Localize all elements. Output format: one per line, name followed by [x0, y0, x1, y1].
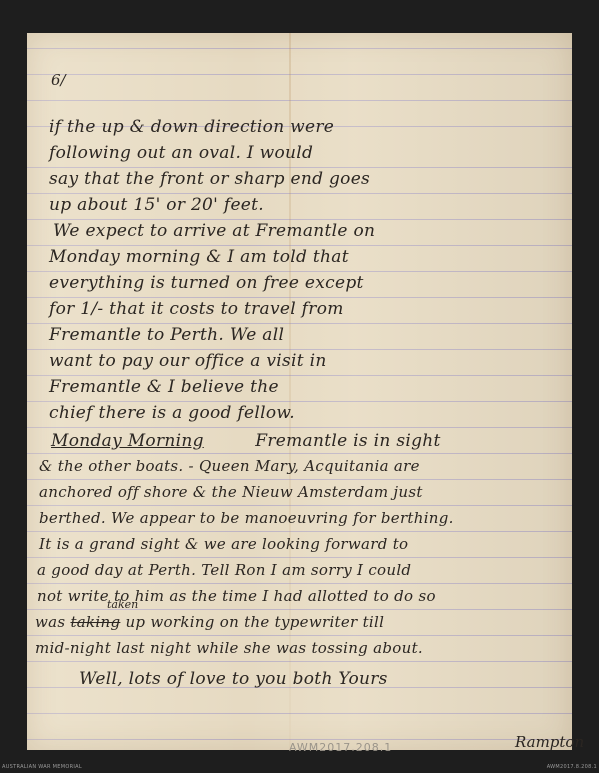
monday-morning-heading: Monday Morning	[51, 431, 204, 451]
inserted-word: taken	[107, 598, 138, 611]
letter-line-3: say that the front or sharp end goes	[49, 169, 370, 189]
letter-line-7: everything is turned on free except	[49, 273, 364, 293]
letter-line-4: up about 15' or 20' feet.	[49, 195, 264, 215]
letter-line-8: for 1/- that it costs to travel from	[49, 299, 344, 319]
letter-line-19: not write to him as the time I had allot…	[37, 587, 436, 605]
letter-line-9: Fremantle to Perth. We all	[49, 325, 284, 345]
letter-line-10: want to pay our office a visit in	[49, 351, 327, 371]
accession-number: AWM2017.208.1	[289, 741, 392, 754]
letter-line-16: berthed. We appear to be manoeuvring for…	[39, 509, 454, 527]
letter-line-18: a good day at Perth. Tell Ron I am sorry…	[37, 561, 411, 579]
letter-line-14: & the other boats. - Queen Mary, Acquita…	[39, 457, 420, 475]
fremantle-in-sight: Fremantle is in sight	[255, 431, 440, 451]
letter-line-11: Fremantle & I believe the	[49, 377, 279, 397]
letter-line-22: Well, lots of love to you both Yours	[79, 669, 388, 689]
letter-line-1: if the up & down direction were	[49, 117, 334, 137]
letter-line-20: was taking up working on the typewriter …	[35, 613, 384, 631]
letter-line-15: anchored off shore & the Nieuw Amsterdam…	[39, 483, 423, 501]
signature: Rampton	[515, 733, 584, 751]
letter-line-21: mid-night last night while she was tossi…	[35, 639, 423, 657]
letter-page: 6/ if the up & down direction were follo…	[27, 33, 572, 750]
letter-line-6: Monday morning & I am told that	[49, 247, 349, 267]
struck-out-word: taking	[70, 613, 120, 631]
letter-line-17: It is a grand sight & we are looking for…	[39, 535, 408, 553]
footer-credit: AUSTRALIAN WAR MEMORIAL	[2, 764, 82, 770]
letter-line-12: chief there is a good fellow.	[49, 403, 295, 423]
footer-reference: AWM2017.8.208.1	[547, 764, 597, 770]
letter-line-5: We expect to arrive at Fremantle on	[53, 221, 375, 241]
line-20-text: up working on the typewriter till	[125, 613, 384, 631]
page-number: 6/	[51, 71, 66, 89]
letter-line-2: following out an oval. I would	[49, 143, 313, 163]
was-word: was	[35, 613, 65, 631]
letter-line-13: Monday Morning Fremantle is in sight	[51, 431, 441, 451]
